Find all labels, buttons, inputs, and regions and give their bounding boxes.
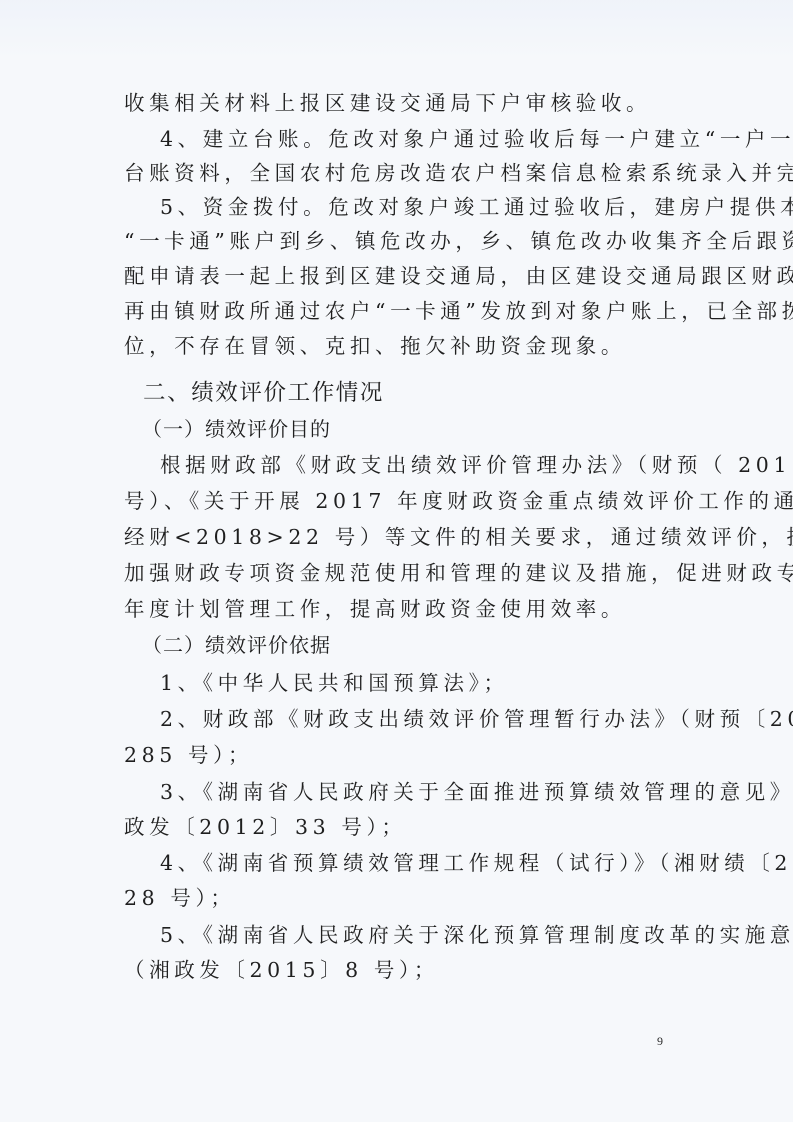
body-line: “一卡通”账户到乡、镇危改办，乡、镇危改办收集齐全后跟资金分 <box>124 226 672 256</box>
body-line: 根据财政部《财政支出绩效评价管理办法》（财预（ 2011 ）285 <box>160 450 672 480</box>
list-item-continuation: 285 号）； <box>124 740 672 770</box>
body-line: 再由镇财政所通过农户“一卡通”发放到对象户账上，已全部拨付到 <box>124 296 672 326</box>
subsection-heading: （二）绩效评价依据 <box>142 630 690 660</box>
section-heading: 二、绩效评价工作情况 <box>143 378 403 408</box>
list-item: 4、《湖南省预算绩效管理工作规程（试行）》（湘财绩〔2013〕 <box>160 848 672 878</box>
body-line: 收集相关材料上报区建设交通局下户审核验收。 <box>124 88 672 118</box>
list-item: 3、《湖南省人民政府关于全面推进预算绩效管理的意见》（湘 <box>160 777 672 807</box>
document-page: 收集相关材料上报区建设交通局下户审核验收。 4、建立台账。危改对象户通过验收后每… <box>0 0 793 1122</box>
list-item-continuation: （湘政发〔2015〕8 号）； <box>124 955 672 985</box>
list-item: 2、财政部《财政支出绩效评价管理暂行办法》（财预〔2011〕 <box>160 704 672 734</box>
body-line: 台账资料，全国农村危房改造农户档案信息检索系统录入并完善。 <box>124 158 672 188</box>
body-line: 加强财政专项资金规范使用和管理的建议及措施，促进财政专项资金 <box>124 558 672 588</box>
page-number: 9 <box>657 1032 663 1050</box>
body-line: 4、建立台账。危改对象户通过验收后每一户建立“一户一档” <box>160 124 672 154</box>
list-item: 5、《湖南省人民政府关于深化预算管理制度改革的实施意见》 <box>160 920 672 950</box>
body-line: 经财<2018>22 号）等文件的相关要求，通过绩效评价，提出进一步 <box>124 522 672 552</box>
body-line: 年度计划管理工作，提高财政资金使用效率。 <box>124 594 672 624</box>
list-item-continuation: 政发〔2012〕33 号）； <box>124 812 672 842</box>
body-line: 配申请表一起上报到区建设交通局，由区建设交通局跟区财政对接， <box>124 261 672 291</box>
body-line: 号）、《关于开展 2017 年度财政资金重点绩效评价工作的通知》（岳 <box>124 486 672 516</box>
list-item-continuation: 28 号）； <box>124 883 672 913</box>
list-item: 1、《中华人民共和国预算法》； <box>160 668 672 698</box>
subsection-heading: （一）绩效评价目的 <box>142 414 690 444</box>
body-line: 位，不存在冒领、克扣、拖欠补助资金现象。 <box>124 331 672 361</box>
body-line: 5、资金拨付。危改对象户竣工通过验收后，建房户提供本人的 <box>160 192 672 222</box>
